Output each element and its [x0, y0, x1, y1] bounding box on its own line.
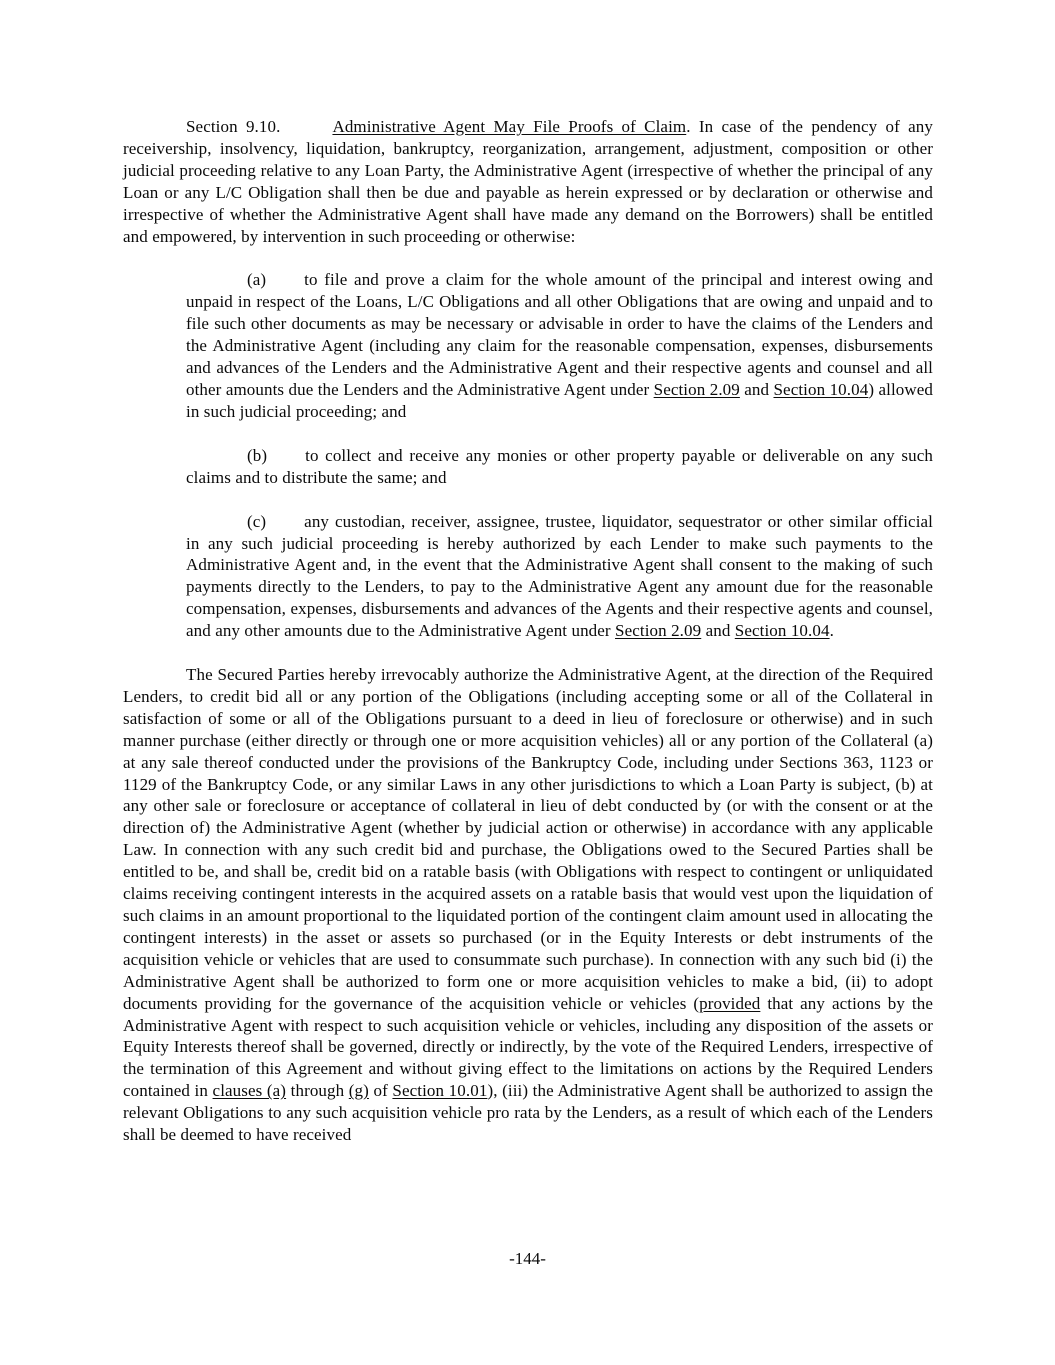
text-run: (b) [247, 446, 267, 465]
paragraph-clause-c: (c)any custodian, receiver, assignee, tr… [186, 511, 933, 642]
text-run: of [369, 1081, 393, 1100]
underlined-text-run: clauses (a) [213, 1081, 287, 1100]
underlined-text-run: Section 2.09 [654, 380, 740, 399]
paragraph-section-9-10-intro: Section 9.10.Administrative Agent May Fi… [123, 116, 933, 247]
paragraph-clause-a: (a)to file and prove a claim for the who… [186, 269, 933, 422]
underlined-text-run: Section 2.09 [615, 621, 701, 640]
underlined-text-run: provided [699, 994, 760, 1013]
underlined-text-run: Section 10.04 [774, 380, 869, 399]
text-run: Section 9.10. [186, 117, 280, 136]
text-run: and [740, 380, 774, 399]
text-run: (c) [247, 512, 266, 531]
underlined-text-run: Administrative Agent May File Proofs of … [332, 117, 686, 136]
underlined-text-run: (g) [349, 1081, 369, 1100]
text-run: . [830, 621, 834, 640]
text-run: (a) [247, 270, 266, 289]
text-run: through [286, 1081, 349, 1100]
paragraph-secured-parties-credit-bid: The Secured Parties hereby irrevocably a… [123, 664, 933, 1146]
text-run: to collect and receive any monies or oth… [186, 446, 933, 487]
underlined-text-run: Section 10.01 [392, 1081, 487, 1100]
text-run: . In case of the pendency of any receive… [123, 117, 933, 246]
document-page: Section 9.10.Administrative Agent May Fi… [0, 0, 1055, 1365]
text-run: and [701, 621, 735, 640]
underlined-text-run: Section 10.04 [735, 621, 830, 640]
paragraph-clause-b: (b)to collect and receive any monies or … [186, 445, 933, 489]
text-run: The Secured Parties hereby irrevocably a… [123, 665, 933, 1013]
page-number: -144- [0, 1248, 1055, 1270]
